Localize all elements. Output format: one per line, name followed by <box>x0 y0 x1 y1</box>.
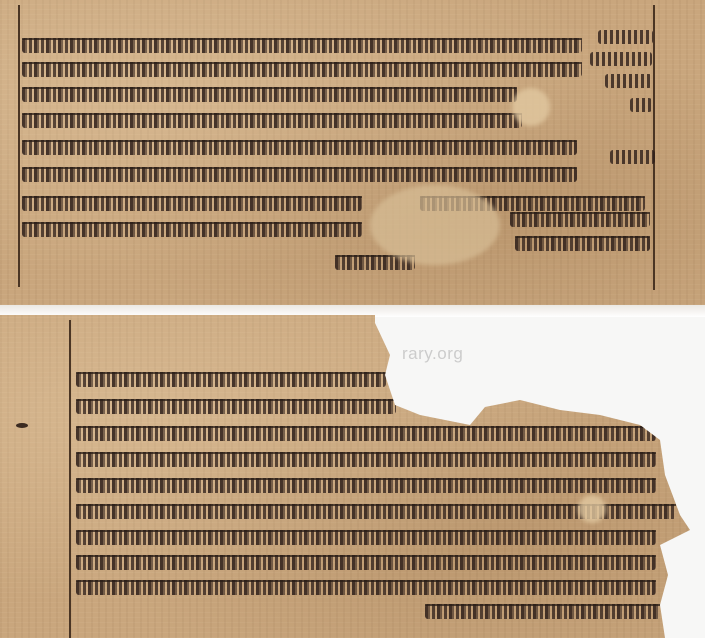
text-line <box>22 113 522 128</box>
text-line <box>76 555 656 570</box>
marginal-note <box>605 74 652 88</box>
left-margin-rule <box>18 5 20 287</box>
folio-gap <box>0 303 705 317</box>
paper-damage <box>370 185 500 265</box>
text-line <box>22 87 517 102</box>
text-line <box>22 167 577 182</box>
marginal-note <box>630 98 652 112</box>
text-line <box>76 426 656 441</box>
text-line <box>510 212 650 227</box>
text-line <box>22 62 582 77</box>
text-line <box>425 604 660 619</box>
text-line <box>22 38 582 53</box>
watermark-text: rary.org <box>402 344 463 364</box>
right-margin-rule <box>653 5 655 290</box>
text-line <box>22 196 362 211</box>
text-line <box>76 452 656 467</box>
left-margin-rule <box>69 320 71 638</box>
text-line <box>76 399 396 414</box>
text-line <box>22 140 577 155</box>
marginal-note <box>610 150 655 164</box>
text-line <box>515 236 650 251</box>
marginal-note <box>598 30 653 44</box>
manuscript-folio-bottom <box>0 315 705 638</box>
text-line <box>76 530 656 545</box>
marginal-note <box>590 52 652 66</box>
manuscript-folio-top <box>0 0 705 305</box>
text-line <box>76 580 656 595</box>
text-line <box>76 372 386 387</box>
text-line <box>22 222 362 237</box>
margin-mark <box>16 423 28 428</box>
text-line <box>76 478 656 493</box>
paper-stain <box>578 495 606 523</box>
paper-stain <box>512 88 550 126</box>
